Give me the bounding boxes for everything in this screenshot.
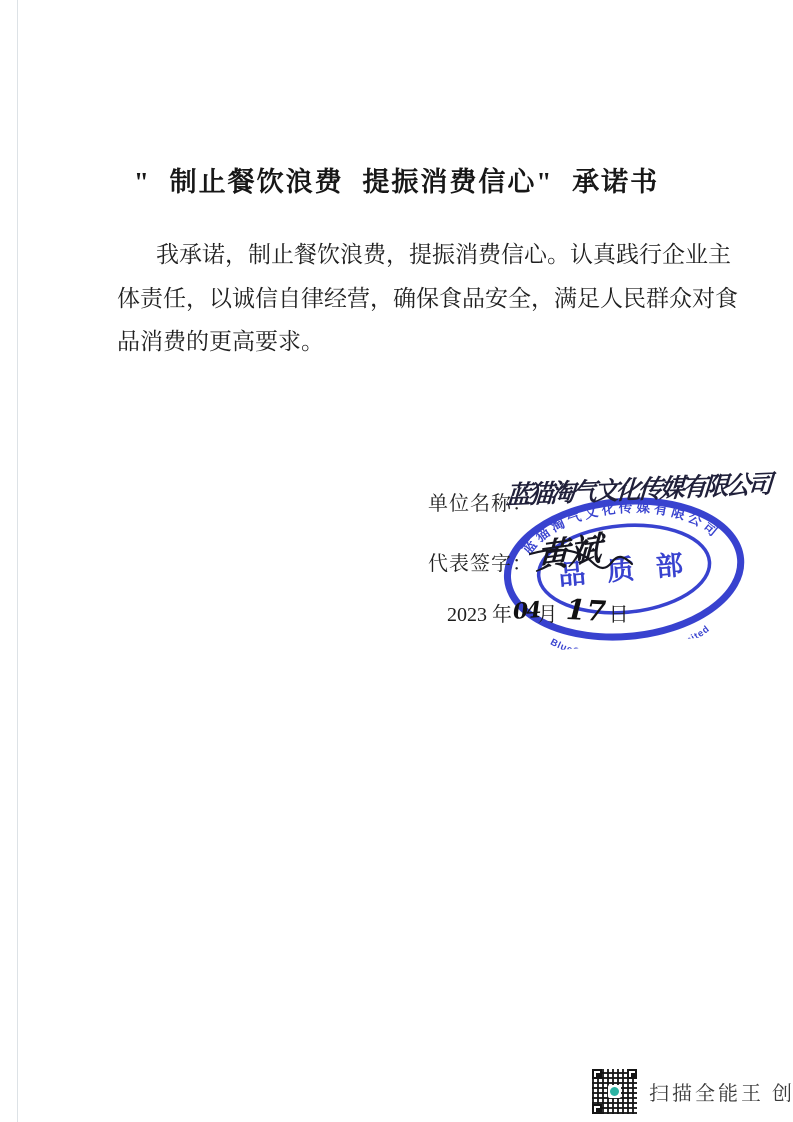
representative-label: 代表签字： — [428, 547, 533, 576]
commitment-paragraph: 我承诺，制止餐饮浪费，提振消费信心。认真践行企业主 体责任，以诚信自律经营，确保… — [117, 233, 711, 364]
qr-finder-icon — [627, 1069, 637, 1079]
page-title: " 制止餐饮浪费 提振消费信心" 承诺书 — [0, 160, 793, 199]
paragraph-line: 品消费的更高要求。 — [117, 320, 711, 364]
scanned-document-page: " 制止餐饮浪费 提振消费信心" 承诺书 我承诺，制止餐饮浪费，提振消费信心。认… — [0, 0, 793, 1122]
paragraph-line: 我承诺，制止餐饮浪费，提振消费信心。认真践行企业主 — [117, 233, 711, 277]
qr-finder-icon — [592, 1069, 602, 1079]
camscanner-watermark-text: 扫描全能王 创建 — [649, 1077, 793, 1106]
date-month-handwriting: 04 — [512, 597, 540, 625]
date-year-printed: 2023 年 — [447, 598, 512, 627]
scanner-watermark: 扫描全能王 创建 — [592, 1068, 793, 1114]
signature-flourish — [528, 540, 648, 580]
qr-finder-icon — [592, 1104, 602, 1114]
camscanner-logo-icon — [608, 1085, 621, 1098]
date-line: 2023 年04月17日 — [447, 598, 629, 627]
date-day-handwriting: 17 — [565, 593, 608, 628]
date-day-printed: 日 — [609, 598, 629, 627]
paragraph-line: 体责任，以诚信自律经营，确保食品安全，满足人民群众对食 — [117, 277, 711, 321]
qr-code-icon — [592, 1069, 637, 1114]
